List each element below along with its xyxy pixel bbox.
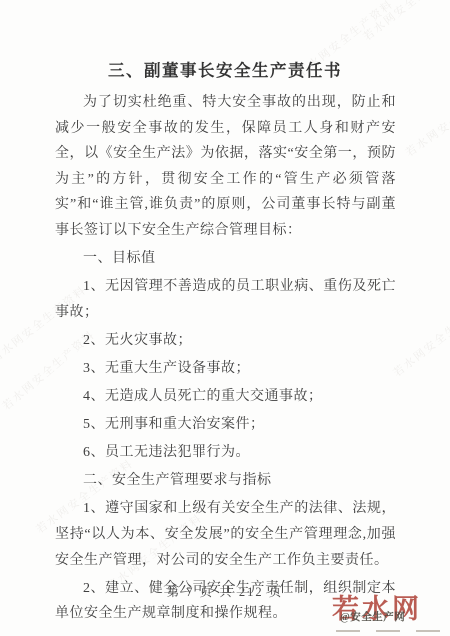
goal-item: 2、无火灾事故；: [55, 328, 396, 354]
site-logo-overlay-text: @安全生产网: [340, 609, 405, 624]
diagonal-watermark: 若水网安全生产资料: [402, 80, 450, 160]
diagonal-watermark: 若水网安全生产资料: [359, 0, 450, 44]
logo-underline-marks: [336, 630, 440, 632]
section1-heading: 一、目标值: [55, 246, 396, 272]
goal-item: 6、员工无违法犯罪行为。: [55, 440, 396, 466]
document-body: 为了切实杜绝重、特大安全事故的出现，防止和减少一般安全事故的发生，保障员工人身和…: [55, 90, 396, 629]
section2-heading: 二、安全生产管理要求与指标: [55, 468, 396, 494]
goal-item: 1、无因管理不善造成的员工职业病、重伤及死亡事故；: [55, 274, 396, 325]
goal-item: 3、无重大生产设备事故；: [55, 356, 396, 382]
requirement-item: 1、遵守国家和上级有关安全生产的法律、法规，坚持“以人为本、安全发展”的安全生产…: [55, 496, 396, 573]
site-watermark-logo: 若水网 @安全生产网: [332, 596, 444, 630]
diagonal-watermark: 若水网安全生产资料: [389, 296, 450, 381]
page-title: 三、副董事长安全生产责任书: [0, 57, 450, 81]
goal-item: 4、无造成人员死亡的重大交通事故；: [55, 384, 396, 410]
document-page: 若水网安全生产资料 若水网安全生产资料 若水网安全生产资料 若水网安全生产资料 …: [0, 0, 450, 636]
goal-item: 5、无刑事和重大治安案件；: [55, 412, 396, 438]
intro-paragraph: 为了切实杜绝重、特大安全事故的出现，防止和减少一般安全事故的发生，保障员工人身和…: [55, 90, 396, 244]
